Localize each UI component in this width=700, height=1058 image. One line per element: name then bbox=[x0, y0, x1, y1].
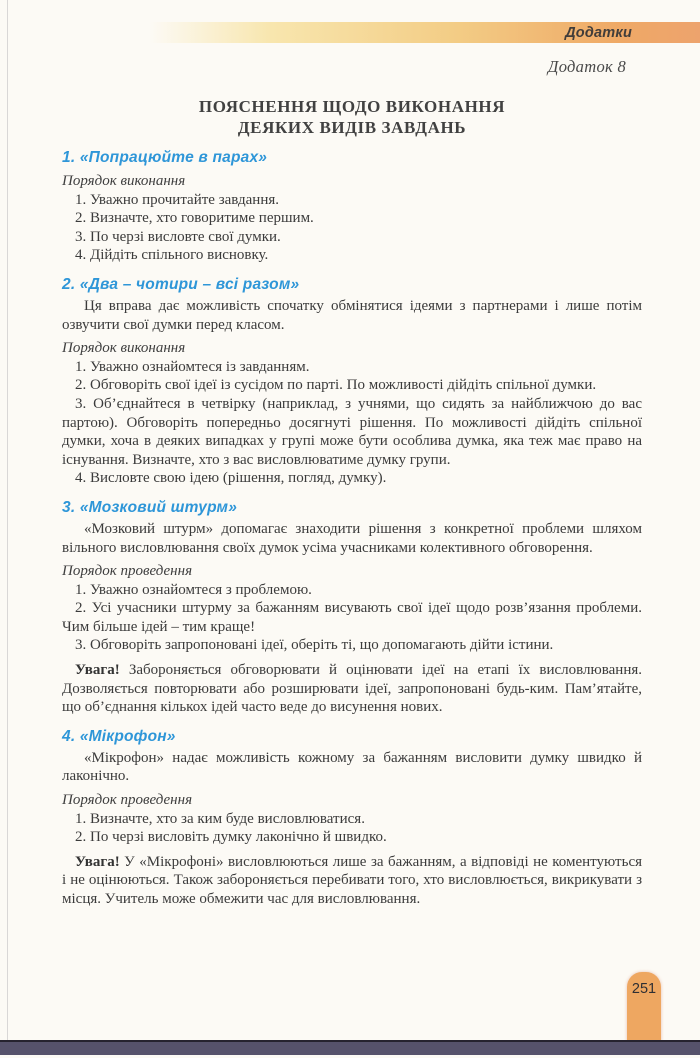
list-item: 3. Об’єднайтеся в четвірку (наприклад, з… bbox=[62, 395, 642, 469]
attention-label: Увага! bbox=[75, 662, 120, 678]
chapter-header-label: Додатки bbox=[565, 25, 632, 41]
section-intro: «Мозковий штурм» допомагає знаходити ріш… bbox=[62, 520, 642, 557]
page-number: 251 bbox=[632, 981, 656, 1042]
list-item: 3. Обговоріть запропоновані ідеї, оберіт… bbox=[62, 636, 642, 655]
order-label: Порядок проведення bbox=[62, 562, 642, 581]
list-item: 2. По черзі висловіть думку лаконічно й … bbox=[62, 828, 642, 847]
page-edge-line bbox=[7, 0, 8, 1040]
appendix-number-label: Додаток 8 bbox=[548, 57, 626, 77]
list-item: 3. По черзі висловте свої думки. bbox=[62, 228, 642, 247]
list-item: 1. Визначте, хто за ким буде висловлюват… bbox=[62, 810, 642, 829]
section-heading: 4. «Мікрофон» bbox=[62, 728, 642, 746]
list-item: 2. Обговоріть свої ідеї із сусідом по па… bbox=[62, 376, 642, 395]
book-edge-band bbox=[0, 1040, 700, 1055]
list-item: 4. Дійдіть спільного висновку. bbox=[62, 246, 642, 265]
attention-text: У «Мікрофоні» висловлюються лише за бажа… bbox=[62, 854, 642, 907]
attention-label: Увага! bbox=[75, 854, 120, 870]
chapter-header-bar: Додатки bbox=[150, 22, 700, 43]
order-label: Порядок проведення bbox=[62, 791, 642, 810]
section-intro: Ця вправа дає можливість спочатку обміня… bbox=[62, 297, 642, 334]
list-item: 1. Уважно ознайомтеся з проблемою. bbox=[62, 581, 642, 600]
attention-text: Забороняється обговорювати й оцінювати і… bbox=[62, 662, 642, 715]
order-label: Порядок виконання bbox=[62, 339, 642, 358]
section-heading: 3. «Мозковий штурм» bbox=[62, 499, 642, 517]
section-microphone: 4. «Мікрофон» «Мікрофон» надає можливіст… bbox=[62, 728, 642, 909]
list-item: 1. Уважно прочитайте завдання. bbox=[62, 191, 642, 210]
attention-note: Увага! У «Мікрофоні» висловлюються лише … bbox=[62, 853, 642, 909]
attention-note: Увага! Забороняється обговорювати й оцін… bbox=[62, 661, 642, 717]
list-item: 4. Висловте свою ідею (рішення, погляд, … bbox=[62, 469, 642, 488]
page-number-tab: 251 bbox=[627, 972, 661, 1042]
section-brainstorm: 3. «Мозковий штурм» «Мозковий штурм» доп… bbox=[62, 499, 642, 717]
list-item: 2. Усі учасники штурму за бажанням висув… bbox=[62, 599, 642, 636]
list-item: 2. Визначте, хто говоритиме першим. bbox=[62, 209, 642, 228]
section-pairs: 1. «Попрацюйте в парах» Порядок виконанн… bbox=[62, 149, 642, 265]
scanned-page: Додатки Додаток 8 ПОЯСНЕННЯ ЩОДО ВИКОНАН… bbox=[0, 0, 700, 1058]
order-label: Порядок виконання bbox=[62, 172, 642, 191]
section-heading: 2. «Два – чотири – всі разом» bbox=[62, 276, 642, 294]
list-item: 1. Уважно ознайомтеся із завданням. bbox=[62, 358, 642, 377]
section-two-four-all: 2. «Два – чотири – всі разом» Ця вправа … bbox=[62, 276, 642, 488]
page-title-line2: ДЕЯКИХ ВИДІВ ЗАВДАНЬ bbox=[238, 118, 466, 137]
section-intro: «Мікрофон» надає можливість кожному за б… bbox=[62, 749, 642, 786]
page-content: ПОЯСНЕННЯ ЩОДО ВИКОНАННЯДЕЯКИХ ВИДІВ ЗАВ… bbox=[62, 96, 642, 909]
page-title: ПОЯСНЕННЯ ЩОДО ВИКОНАННЯДЕЯКИХ ВИДІВ ЗАВ… bbox=[62, 96, 642, 138]
section-heading: 1. «Попрацюйте в парах» bbox=[62, 149, 642, 167]
page-title-line1: ПОЯСНЕННЯ ЩОДО ВИКОНАННЯ bbox=[199, 97, 505, 116]
